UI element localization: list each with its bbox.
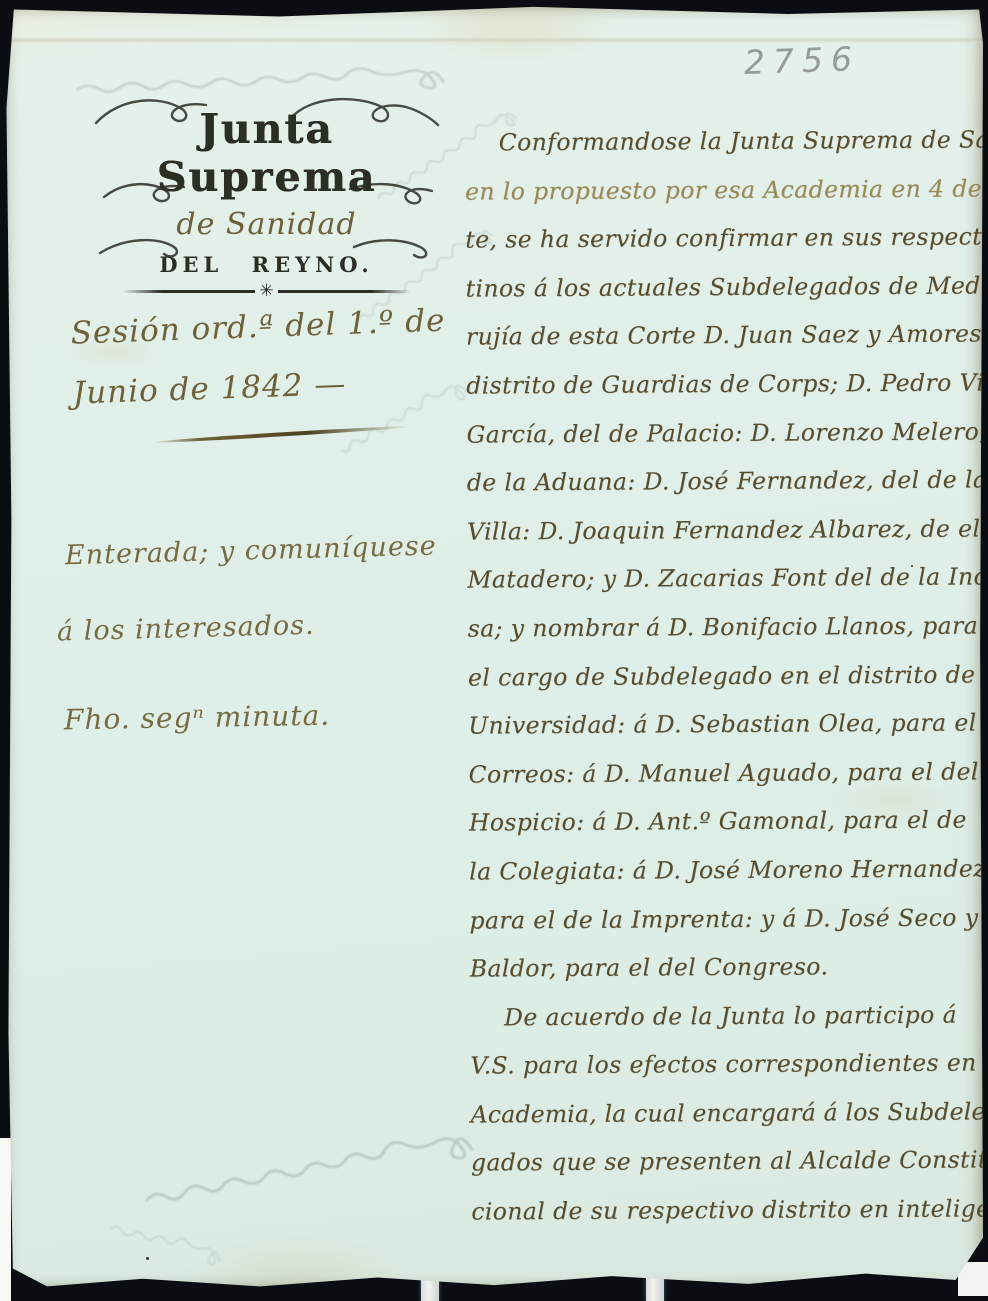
manuscript-line: V.S. para los efectos correspondientes e…	[470, 1039, 982, 1091]
manuscript-line: distrito de Guardias de Corps; D. Pedro …	[466, 358, 978, 410]
manuscript-line: García, del de Palacio: D. Lorenzo Meler…	[466, 407, 978, 459]
pencil-registry-number: 2756	[743, 39, 860, 82]
manuscript-line: Academia, la cual encargará á los Subdel…	[471, 1087, 983, 1139]
manuscript-body: Conformandose la Junta Suprema de Sanida…	[465, 115, 984, 1236]
dust-speck	[104, 1283, 106, 1285]
manuscript-line: Universidad: á D. Sebastian Olea, para e…	[468, 699, 980, 751]
manuscript-line: Hospicio: á D. Ant.º Gamonal, para el de	[469, 796, 981, 848]
manuscript-line: Conformandose la Junta Suprema de Sanida…	[465, 115, 977, 167]
letterhead-flourish-bottom	[92, 233, 440, 261]
session-note: Sesión ord.ª del 1.º de Junio de 1842 —	[70, 290, 455, 443]
manuscript-line: la Colegiata: á D. José Moreno Hernandez…	[469, 844, 981, 896]
letterhead-flourish-top	[90, 93, 442, 131]
manuscript-line: tinos á los actuales Subdelegados de Med…	[465, 261, 977, 313]
letterhead-flourish-mid	[100, 179, 436, 209]
manuscript-line: en lo propuesto por esa Academia en 4 de…	[465, 164, 977, 216]
manuscript-line: Matadero; y D. Zacarias Font del de la I…	[467, 553, 979, 605]
scanner-background-left	[0, 1138, 11, 1301]
manuscript-line: de la Aduana: D. José Fernandez, del de …	[467, 456, 979, 508]
margin-note-line1: Enterada; y comuníquese	[54, 508, 476, 595]
margin-note-enterada: Enterada; y comuníquese á los interesado…	[54, 508, 478, 671]
manuscript-line: te, se ha servido confirmar en sus respe…	[465, 213, 977, 265]
scanned-document-screenshot: { "registry_number": "2756", "letterhead…	[0, 0, 988, 1301]
manuscript-line: Baldor, para el del Congreso.	[470, 942, 982, 994]
margin-note-line2: á los interesados.	[56, 584, 478, 671]
manuscript-line: Villa: D. Joaquin Fernandez Albarez, de …	[467, 504, 979, 556]
manuscript-line: para el de la Imprenta: y á D. José Seco…	[469, 893, 981, 945]
manuscript-line: sa; y nombrar á D. Bonifacio Llanos, par…	[468, 601, 980, 653]
bleed-through-writing-bottom-left	[123, 1123, 477, 1227]
manuscript-line: gados que se presenten al Alcalde Consti…	[471, 1136, 983, 1188]
dust-speck	[146, 1257, 149, 1260]
manuscript-line: De acuerdo de la Junta lo participo á	[470, 990, 982, 1042]
manuscript-line: rujía de esta Corte D. Juan Saez y Amore…	[466, 310, 978, 362]
manuscript-line: cional de su respectivo distrito en inte…	[471, 1184, 983, 1236]
manuscript-line: el cargo de Subdelegado en el distrito d…	[468, 650, 980, 702]
session-note-line2: Junio de 1842 —	[72, 350, 454, 423]
manuscript-line: Correos: á D. Manuel Aguado, para el del	[468, 747, 980, 799]
divider-bar-left	[122, 290, 255, 293]
margin-note-fho-minuta: Fho. segⁿ minuta.	[64, 699, 331, 737]
manuscript-page: 2756 Junta Suprema de Sanidad DEL REYNO.…	[6, 5, 983, 1289]
letterhead: Junta Suprema de Sanidad DEL REYNO. ✳	[94, 105, 439, 300]
